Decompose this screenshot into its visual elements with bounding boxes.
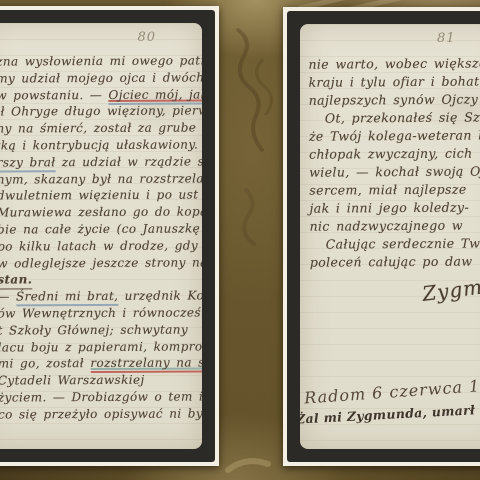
manuscript-line: nic nadzwyczajnego w (309, 216, 480, 235)
manuscript-line: sercem, miał najlepsze (309, 180, 480, 199)
manuscript-line: w powstaniu. — Ojciec mój, jako (0, 86, 201, 104)
manuscript-line: zna wysłowienia mi owego patr (0, 52, 201, 70)
left-page-scan: 80 zna wysłowienia mi owego patrmy udzia… (0, 6, 219, 466)
manuscript-line: dwuletniem więzieniu i po ust (0, 187, 202, 205)
right-page-paper: 81 nie warto, wobec większekraju i tylu … (300, 24, 480, 449)
manuscript-line: Ot, przekonałeś się Szan (309, 108, 480, 127)
manuscript-line: kraju i tylu ofiar i bohate (308, 72, 480, 91)
manuscript-line: rszy brał za udział w rządzie ska- (0, 153, 202, 171)
manuscript-line: lacu boju z papierami, kompromi (0, 338, 202, 356)
manuscript-text-right: nie warto, wobec większekraju i tylu ofi… (308, 24, 480, 272)
signature: Zygmunt (421, 270, 480, 306)
manuscript-line: po kilku latach w drodze, gdy go (0, 237, 202, 255)
left-page-mat: 80 zna wysłowienia mi owego patrmy udzia… (0, 10, 215, 462)
underlined-phrase: rszy brał (0, 155, 56, 172)
underlined-phrase: Średni mi brat, (16, 289, 118, 307)
manuscript-line: wielu, — kochał swoją Ojc (309, 162, 480, 181)
manuscript-line: ił Ohryge długo więziony, pierwo (0, 103, 201, 121)
manuscript-line: chłopak zwyczajny, cich (309, 144, 480, 163)
manuscript-line: my udział mojego ojca i dwóch (0, 69, 201, 87)
underlined-phrase: rozstrzelany na sto- (90, 356, 202, 374)
manuscript-line: Cytadeli Warszawskiej (0, 372, 202, 390)
manuscript-line: stan. (0, 271, 202, 289)
left-page-paper: 80 zna wysłowienia mi owego patrmy udzia… (0, 23, 202, 449)
manuscript-line: t Szkoły Głównej; schwytany (0, 321, 202, 339)
manuscript-line: najlepszych synów Ojczy (309, 90, 480, 109)
manuscript-line: w odleglejsze jeszcze strony nad (0, 254, 202, 272)
manuscript-line: jak i inni jego koledzy- (309, 198, 480, 217)
right-page-scan: 81 nie warto, wobec większekraju i tylu … (283, 7, 480, 466)
right-page-mat: 81 nie warto, wobec większekraju i tylu … (287, 11, 480, 462)
manuscript-line: łką i kontrybucją ułaskawiony. (0, 136, 202, 154)
manuscript-line: że Twój kolega-weteran b (309, 126, 480, 145)
manuscript-line: bie na całe życie (co Januszkę tak (0, 220, 202, 238)
manuscript-line: życiem. — Drobiazgów o tem i (0, 388, 202, 406)
underlined-phrase: stan. (0, 273, 32, 290)
manuscript-text-left: zna wysłowienia mi owego patrmy udział m… (0, 23, 202, 423)
manuscript-line: co się przeżyło opisywać ni był (0, 405, 202, 423)
manuscript-line: Murawiewa zesłano go do kopal (0, 204, 202, 222)
manuscript-line: poleceń całując po daw (310, 252, 480, 271)
manuscript-line: ny na śmierć, został za grube (0, 120, 202, 138)
underlined-phrase: Ojciec mój, jako (108, 87, 202, 105)
manuscript-line: mi go, został rozstrzelany na sto- (0, 355, 202, 373)
manuscript-line: nym, skazany był na rozstrzelanie, (0, 170, 202, 188)
manuscript-line: nie warto, wobec większe (308, 54, 480, 73)
manuscript-line: ów Wewnętrznych i równocześni (0, 304, 202, 322)
archival-scan-viewer: 80 zna wysłowienia mi owego patrmy udzia… (0, 0, 480, 480)
manuscript-line: Całując serdecznie Tw (310, 234, 480, 253)
manuscript-line: — Średni mi brat, urzędnik Komi (0, 288, 202, 306)
